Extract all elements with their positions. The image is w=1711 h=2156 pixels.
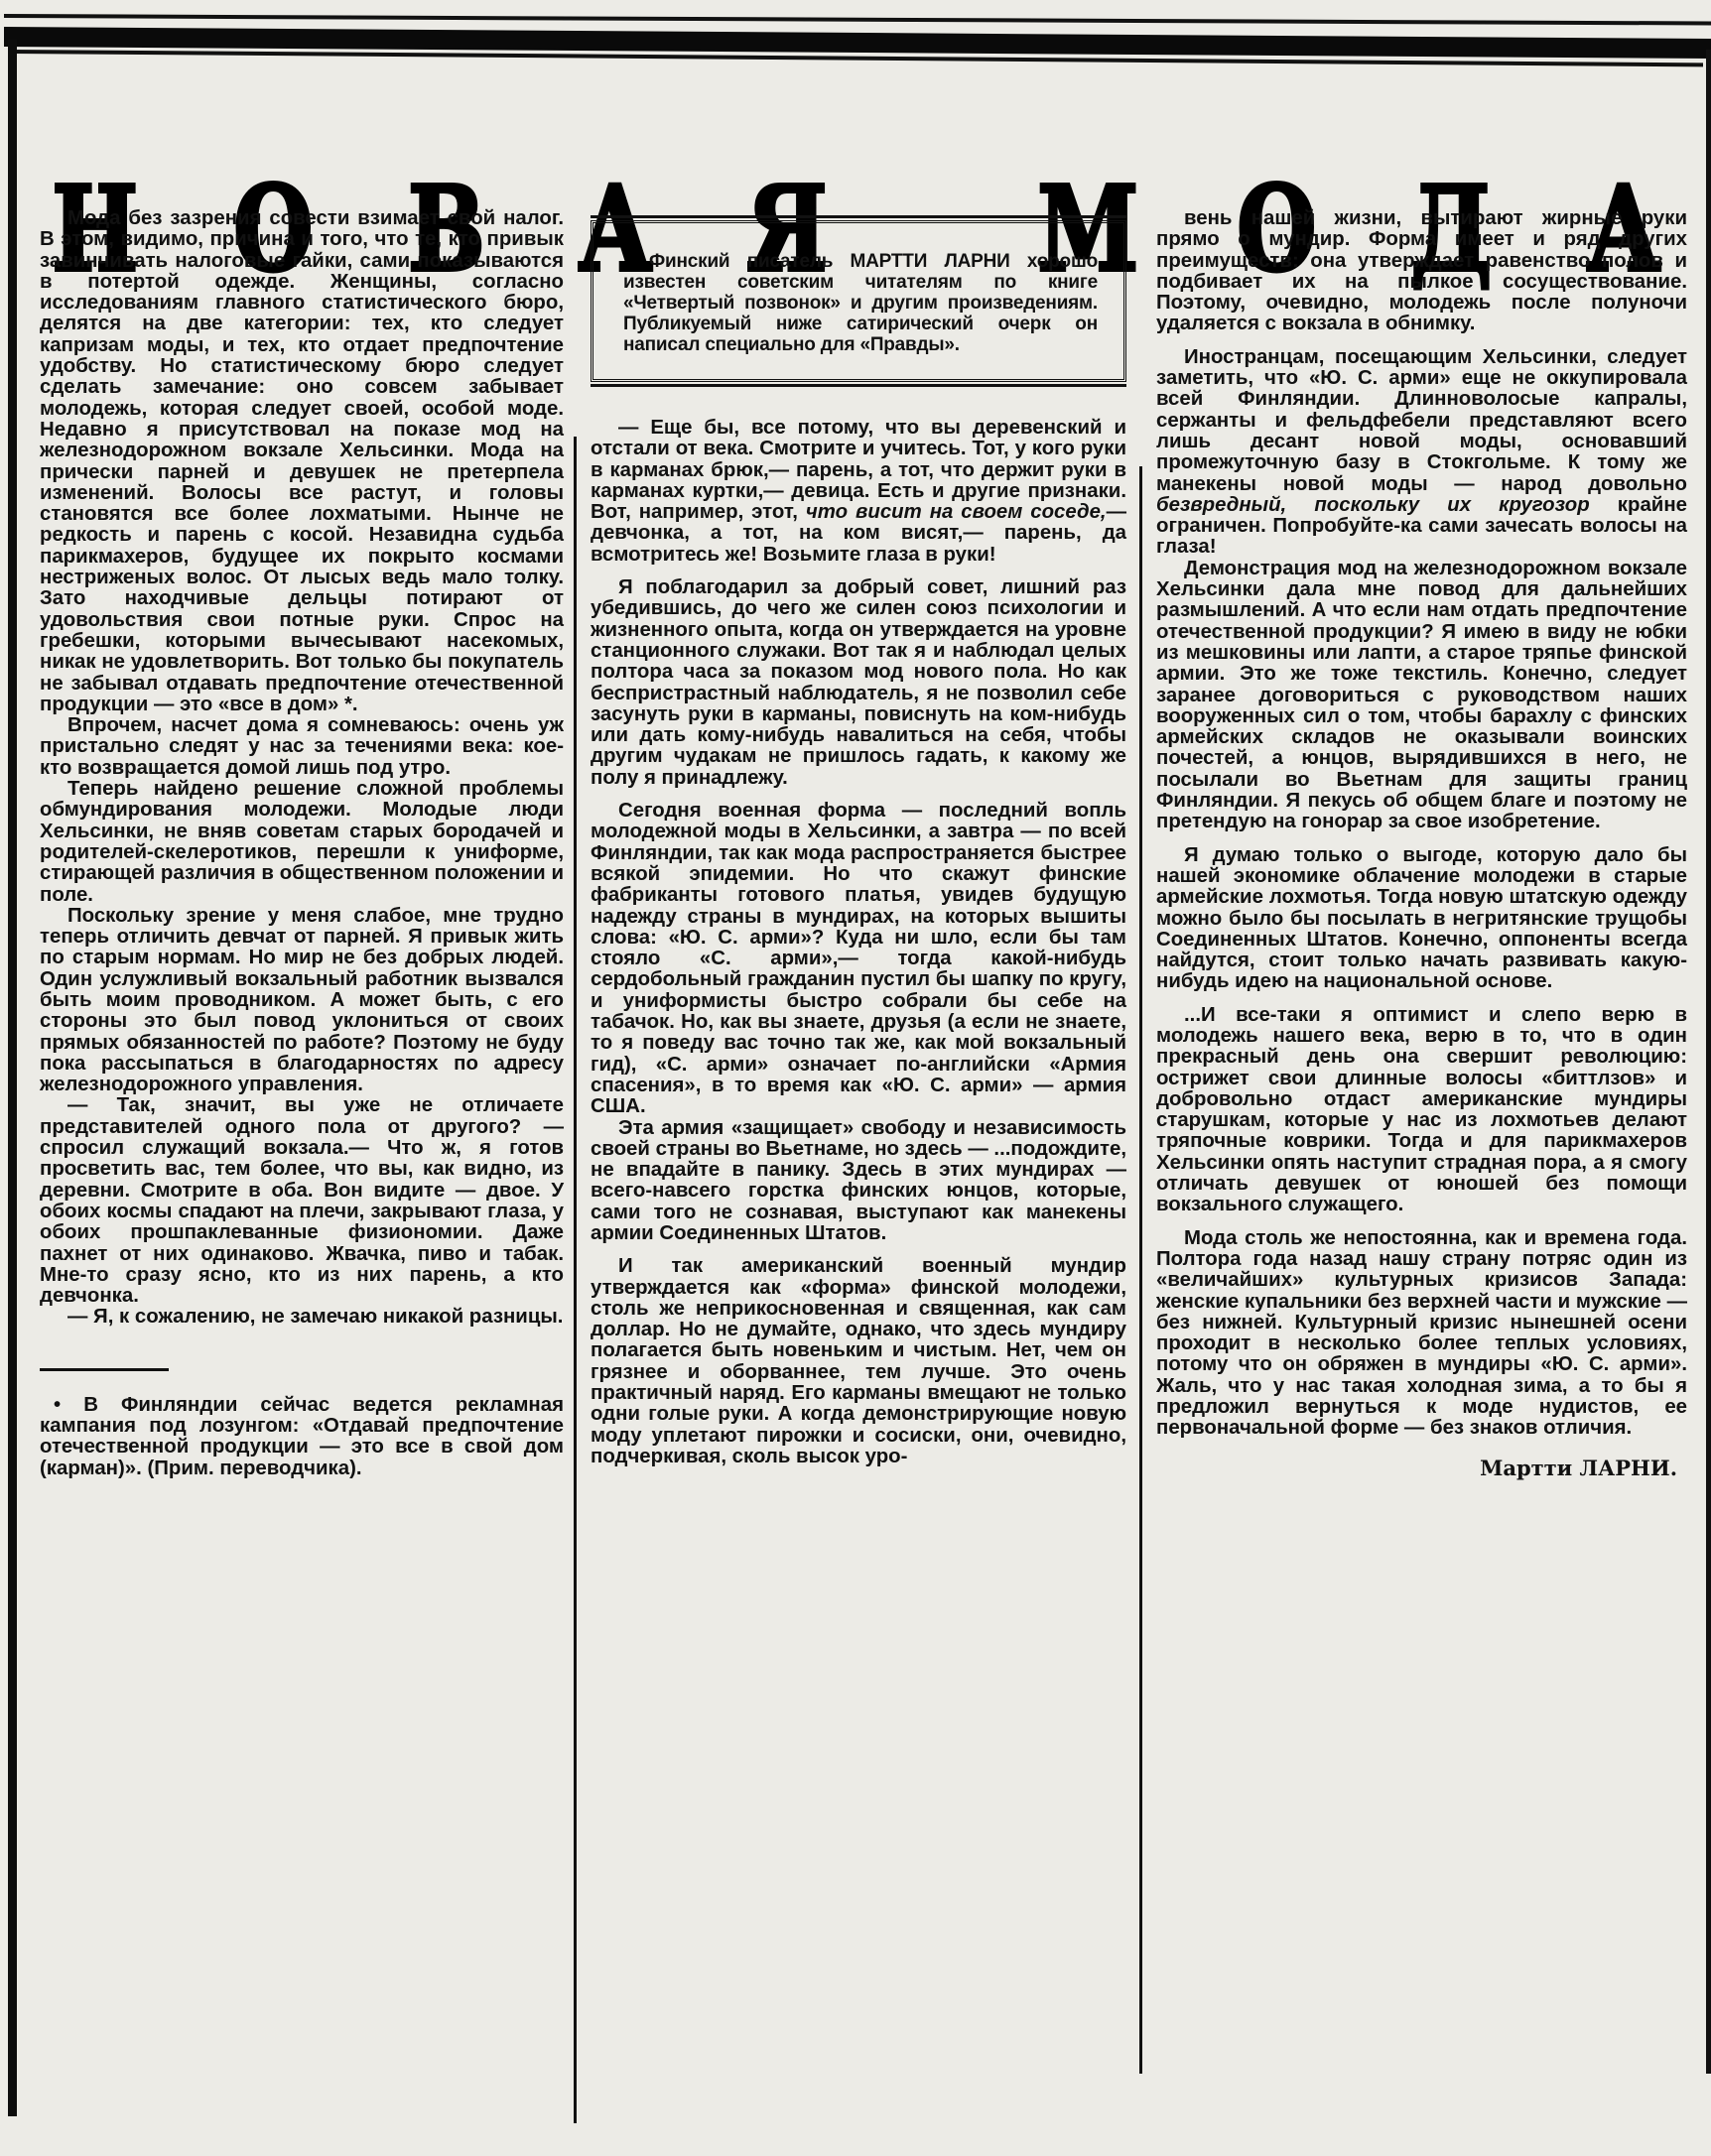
- paragraph: — Еще бы, все потому, что вы деревенский…: [591, 418, 1126, 566]
- paragraph: ...И все-таки я оптимист и слепо верю в …: [1156, 1005, 1687, 1216]
- intro-box: Финский писатель МАРТТИ ЛАРНИ хорошо изв…: [591, 220, 1126, 382]
- paragraph: Демонстрация мод на железнодорожном вокз…: [1156, 559, 1687, 833]
- column-2-body: — Еще бы, все потому, что вы деревенский…: [591, 418, 1126, 1467]
- column-rule-1: [574, 437, 577, 2123]
- paragraph: Мода столь же непостоянна, как и времена…: [1156, 1228, 1687, 1440]
- paragraph: — Я, к сожалению, не замечаю никакой раз…: [40, 1307, 564, 1328]
- column-rule-2: [1139, 466, 1142, 2074]
- column-3: вень нашей жизни, вытирают жирные руки п…: [1156, 208, 1687, 1478]
- paragraph: Сегодня военная форма — последний вопль …: [591, 801, 1126, 1117]
- frame-left-border: [8, 40, 17, 2116]
- footnote-marker: •: [54, 1394, 61, 1416]
- paragraph: Мода без зазрения совести взимает свой н…: [40, 208, 564, 715]
- paragraph: И так американский военный мундир утверж…: [591, 1256, 1126, 1467]
- paragraph: Поскольку зрение у меня слабое, мне труд…: [40, 906, 564, 1096]
- italic-fragment: что висит на своем соседе,: [806, 501, 1107, 523]
- paragraph: Теперь найдено решение сложной проблемы …: [40, 779, 564, 906]
- paragraph: — Так, значит, вы уже не отличаете предс…: [40, 1095, 564, 1307]
- footnote-rule: [40, 1368, 169, 1371]
- paragraph: Эта армия «защищает» свободу и независим…: [591, 1118, 1126, 1245]
- column-3-body: вень нашей жизни, вытирают жирные руки п…: [1156, 208, 1687, 1440]
- footnote-attribution: (Прим. переводчика).: [147, 1458, 361, 1479]
- top-rule-thin: [4, 14, 1711, 26]
- paragraph: вень нашей жизни, вытирают жирные руки п…: [1156, 208, 1687, 335]
- column-1-body: Мода без зазрения совести взимает свой н…: [40, 208, 564, 1329]
- frame-right-border: [1706, 50, 1711, 2074]
- paragraph: Иностранцам, посещающим Хельсинки, следу…: [1156, 347, 1687, 559]
- footnote: • В Финляндии сейчас ведется рекламная к…: [40, 1395, 564, 1479]
- paragraph: Я поблагодарил за добрый совет, лишний р…: [591, 577, 1126, 789]
- author-signature: Мартти ЛАРНИ.: [1156, 1458, 1687, 1478]
- paragraph: Я думаю только о выгоде, которую дало бы…: [1156, 845, 1687, 993]
- intro-text: Финский писатель МАРТТИ ЛАРНИ хорошо изв…: [623, 251, 1098, 355]
- column-2: Финский писатель МАРТТИ ЛАРНИ хорошо изв…: [591, 208, 1126, 1467]
- italic-fragment: безвредный, поскольку их кругозор: [1156, 494, 1590, 516]
- paragraph: Впрочем, насчет дома я сомневаюсь: очень…: [40, 715, 564, 779]
- column-1: Мода без зазрения совести взимает свой н…: [40, 208, 564, 1479]
